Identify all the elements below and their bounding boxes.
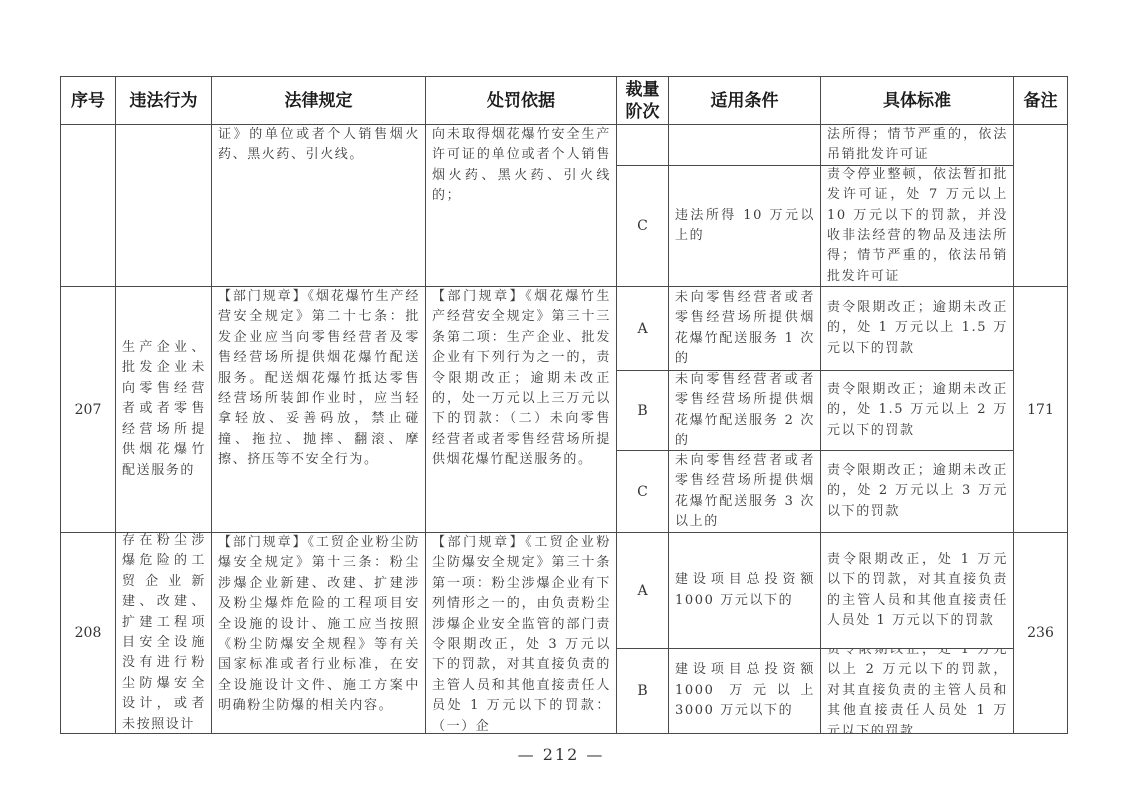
row-208-condition-b: 建设项目总投资额 1000 万元以上 3000 万元以下的 (669, 660, 820, 721)
continued-standard-text-1: 责令停业整顿，依法暂扣批发许可证，处 7 万元以上 10 万元以下的罚款，并没收… (821, 165, 1013, 287)
row-208-law: 【部门规章】《工贸企业粉尘防爆安全规定》第十三条：粉尘涉爆企业新建、改建、扩建涉… (212, 533, 425, 717)
row-207-behavior-cell: 生产企业、批发企业未向零售经营者或者零售经营场所提供烟花爆竹配送服务的 (115, 286, 212, 533)
row-208-level-b: B (616, 648, 669, 734)
row-208-standard-b: 责令限期改正，处 1 万元以上 2 万元以下的罚款，对其直接负责的主管人员和其他… (821, 648, 1013, 734)
row-208-condition-a: 建设项目总投资额 1000 万元以下的 (669, 570, 820, 611)
continued-basis-text: 向未取得烟花爆竹安全生产许可证的单位或者个人销售烟火药、黑火药、引火线的； (426, 125, 616, 207)
row-207-standard-c-cell: 责令限期改正；逾期未改正的，处 2 万元以上 3 万元以下的罚款 (820, 450, 1014, 533)
continued-condition-text-1: 违法所得 10 万元以上的 (669, 206, 820, 247)
row-208-remark: 236 (1013, 532, 1068, 734)
continued-condition-cell-1: 违法所得 10 万元以上的 (668, 165, 821, 287)
continued-basis-cell: 向未取得烟花爆竹安全生产许可证的单位或者个人销售烟火药、黑火药、引火线的； (425, 124, 617, 287)
row-208-basis-cell: 【部门规章】《工贸企业粉尘防爆安全规定》第三十条第一项：粉尘涉爆企业有下列情形之… (425, 532, 617, 734)
row-207-condition-a-cell: 未向零售经营者或者零售经营场所提供烟花爆竹配送服务 1 次的 (668, 286, 821, 371)
header-remark: 备注 (1013, 76, 1068, 125)
page-number: — 212 — (0, 745, 1122, 764)
header-law: 法律规定 (211, 76, 426, 125)
row-207-condition-a: 未向零售经营者或者零售经营场所提供烟花爆竹配送服务 1 次的 (669, 288, 820, 370)
continued-remark-cell (1013, 124, 1068, 287)
row-207-level-a: A (616, 286, 669, 371)
row-208-standard-a-cell: 责令限期改正，处 1 万元以下的罚款，对其直接负责的主管人员和其他直接责任人员处… (820, 532, 1014, 649)
row-208-level-a: A (616, 532, 669, 649)
row-208-behavior-cell: 存在粉尘涉爆危险的工贸企业新建、改建、扩建工程项目安全设施没有进行粉尘防爆安全设… (115, 532, 212, 734)
row-207-no: 207 (60, 286, 116, 533)
row-207-level-c: C (616, 450, 669, 533)
continued-standard-cell-1: 责令停业整顿，依法暂扣批发许可证，处 7 万元以上 10 万元以下的罚款，并没收… (820, 165, 1014, 287)
row-207-basis: 【部门规章】《烟花爆竹生产经营安全规定》第三十三条第二项：生产企业、批发企业有下… (426, 287, 616, 471)
header-standard: 具体标准 (820, 76, 1014, 125)
header-behavior: 违法行为 (115, 76, 212, 125)
row-207-standard-b-cell: 责令限期改正；逾期未改正的，处 1.5 万元以上 2 万元以下的罚款 (820, 370, 1014, 451)
row-207-remark: 171 (1013, 286, 1068, 533)
row-207-law: 【部门规章】《烟花爆竹生产经营安全规定》第二十七条：批发企业应当向零售经营者及零… (212, 287, 425, 471)
row-207-condition-b-cell: 未向零售经营者或者零售经营场所提供烟花爆竹配送服务 2 次的 (668, 370, 821, 451)
header-condition: 适用条件 (668, 76, 821, 125)
header-level: 裁量阶次 (616, 76, 669, 125)
row-207-standard-c: 责令限期改正；逾期未改正的，处 2 万元以上 3 万元以下的罚款 (821, 461, 1013, 522)
row-208-law-cell: 【部门规章】《工贸企业粉尘防爆安全规定》第十三条：粉尘涉爆企业新建、改建、扩建涉… (211, 532, 426, 734)
row-208-condition-a-cell: 建设项目总投资额 1000 万元以下的 (668, 532, 821, 649)
continued-behavior-cell (115, 124, 212, 287)
continued-no-cell (60, 124, 116, 287)
row-207-basis-cell: 【部门规章】《烟花爆竹生产经营安全规定》第三十三条第二项：生产企业、批发企业有下… (425, 286, 617, 533)
document-page: 序号 违法行为 法律规定 处罚依据 裁量阶次 适用条件 具体标准 备注 证》的单… (0, 0, 1122, 793)
continued-condition-cell-0 (668, 124, 821, 166)
continued-level-cell-1: C (616, 165, 669, 287)
row-207-behavior: 生产企业、批发企业未向零售经营者或者零售经营场所提供烟花爆竹配送服务的 (116, 338, 211, 481)
row-207-condition-b: 未向零售经营者或者零售经营场所提供烟花爆竹配送服务 2 次的 (669, 370, 820, 451)
row-207-standard-a-cell: 责令限期改正；逾期未改正的，处 1 万元以上 1.5 万元以下的罚款 (820, 286, 1014, 371)
header-no: 序号 (60, 76, 116, 125)
row-207-level-b: B (616, 370, 669, 451)
continued-level-cell-0 (616, 124, 669, 166)
row-208-basis: 【部门规章】《工贸企业粉尘防爆安全规定》第三十条第一项：粉尘涉爆企业有下列情形之… (426, 533, 616, 734)
row-207-condition-c-cell: 未向零售经营者或者零售经营场所提供烟花爆竹配送服务 3 次以上的 (668, 450, 821, 533)
continued-law-text: 证》的单位或者个人销售烟火药、黑火药、引火线。 (212, 125, 425, 166)
row-207-law-cell: 【部门规章】《烟花爆竹生产经营安全规定》第二十七条：批发企业应当向零售经营者及零… (211, 286, 426, 533)
row-208-condition-b-cell: 建设项目总投资额 1000 万元以上 3000 万元以下的 (668, 648, 821, 734)
continued-standard-text-0: 法所得；情节严重的，依法吊销批发许可证 (821, 125, 1013, 166)
row-207-standard-a: 责令限期改正；逾期未改正的，处 1 万元以上 1.5 万元以下的罚款 (821, 298, 1013, 359)
row-208-no: 208 (60, 532, 116, 734)
continued-law-cell: 证》的单位或者个人销售烟火药、黑火药、引火线。 (211, 124, 426, 287)
row-207-standard-b: 责令限期改正；逾期未改正的，处 1.5 万元以上 2 万元以下的罚款 (821, 380, 1013, 441)
row-208-standard-b-cell: 责令限期改正，处 1 万元以上 2 万元以下的罚款，对其直接负责的主管人员和其他… (820, 648, 1014, 734)
continued-standard-cell-0: 法所得；情节严重的，依法吊销批发许可证 (820, 124, 1014, 166)
row-207-condition-c: 未向零售经营者或者零售经营场所提供烟花爆竹配送服务 3 次以上的 (669, 451, 820, 533)
header-basis: 处罚依据 (425, 76, 617, 125)
row-208-standard-a: 责令限期改正，处 1 万元以下的罚款，对其直接负责的主管人员和其他直接责任人员处… (821, 550, 1013, 632)
row-208-behavior: 存在粉尘涉爆危险的工贸企业新建、改建、扩建工程项目安全设施没有进行粉尘防爆安全设… (116, 532, 211, 734)
